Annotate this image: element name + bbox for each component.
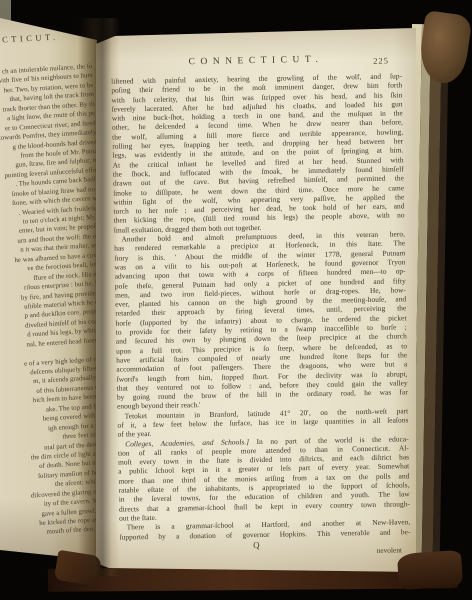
body-text-column: liſtened with painful anxiety, hearing t… <box>111 71 410 541</box>
page-foot: Q nevolent <box>111 537 402 559</box>
running-header-title: CONNECTICUT. <box>96 53 416 69</box>
left-page-text-column: ch an intolerable nuiſance, the ſowith f… <box>0 62 97 552</box>
book-photo: { "colors":{ "background":"#060504", "pa… <box>0 0 472 600</box>
cover-corner-bottom-right <box>397 550 463 590</box>
page-number: 225 <box>373 55 389 65</box>
right-page: CONNECTICUT. 225 liſtened with painful a… <box>96 27 416 574</box>
left-page: CTICUT. ch an intolerable nuiſance, the … <box>0 0 97 566</box>
running-header-row: CONNECTICUT. 225 <box>96 53 416 73</box>
